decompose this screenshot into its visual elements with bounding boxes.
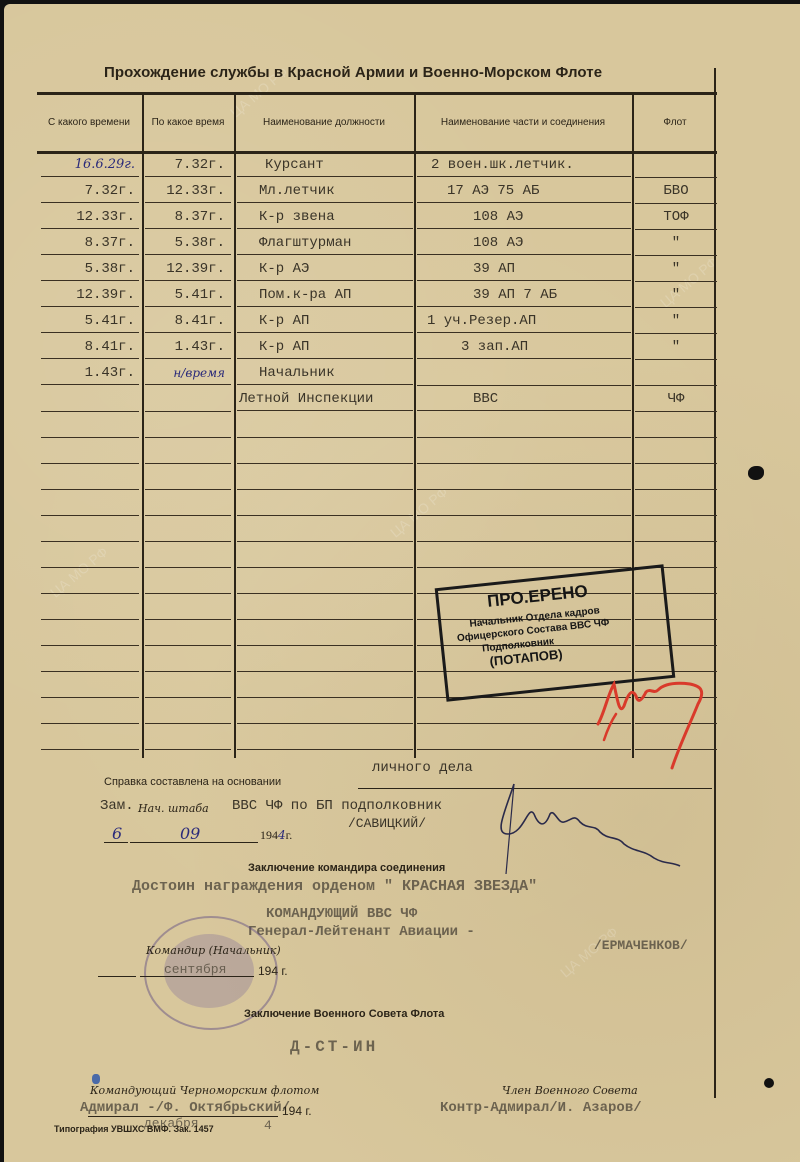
table-header: С какого времени По какое время Наименов… — [37, 92, 717, 154]
council-date-extra: 4 — [264, 1118, 272, 1133]
table-row-empty — [37, 438, 717, 464]
council-date-year: 194 г. — [282, 1104, 312, 1118]
cell-fleet — [635, 360, 717, 386]
red-pencil-signature-icon — [594, 644, 714, 774]
cell-from: 16.6.29г. — [41, 152, 139, 177]
table-row-empty — [37, 490, 717, 516]
table-row: 5.41г. 8.41г. К-р АП 1 уч.Резер.АП " — [37, 308, 717, 334]
cell-to: 8.41г. — [145, 308, 231, 333]
ink-blot-icon — [92, 1074, 100, 1084]
cell-from: 8.41г. — [41, 334, 139, 359]
cell-to: н/время — [145, 360, 231, 385]
table-row: 12.39г. 5.41г. Пом.к-ра АП 39 АП 7 АБ " — [37, 282, 717, 308]
council-left-label: Командующий Черноморским флотом — [90, 1084, 319, 1097]
cell-position: Пом.к-ра АП — [237, 282, 413, 307]
header-to-date: По какое время — [143, 95, 233, 151]
table-row: 8.41г. 1.43г. К-р АП 3 зап.АП " — [37, 334, 717, 360]
cell-position: Начальник — [237, 360, 413, 385]
commander-date-month: сентября — [164, 962, 226, 977]
cell-unit: 39 АП — [417, 256, 631, 281]
cell-unit: 17 АЭ 75 АБ — [417, 178, 631, 203]
cell-from: 5.41г. — [41, 308, 139, 333]
cell-position: К-р АП — [237, 308, 413, 333]
date-day-dot — [98, 832, 106, 836]
cell-from: 7.32г. — [41, 178, 139, 203]
cell-to: 7.32г. — [145, 152, 231, 177]
cell-position: Летной Инспекции — [237, 386, 413, 411]
basis-value: личного дела — [372, 760, 473, 776]
cell-position: К-р АЭ — [237, 256, 413, 281]
punch-hole-icon — [748, 466, 764, 480]
commander-name: /ЕРМАЧЕНКОВ/ — [594, 938, 688, 953]
header-unit: Наименование части и соединения — [415, 95, 631, 151]
header-fleet: Флот — [633, 95, 717, 151]
commander-section-heading: Заключение командира соединения — [248, 862, 445, 874]
cell-position: Флагштурман — [237, 230, 413, 255]
signer-typed-title: ВВС ЧФ по БП подполковник — [232, 798, 442, 814]
cell-fleet: " — [635, 282, 717, 308]
table-row: Летной Инспекции ВВС ЧФ — [37, 386, 717, 412]
table-row: 1.43г. н/время Начальник — [37, 360, 717, 386]
handwritten-to-present: н/время — [173, 366, 225, 380]
cell-fleet: ТОФ — [635, 204, 717, 230]
table-row: 7.32г. 12.33г. Мл.летчик 17 АЭ 75 АБ БВО — [37, 178, 717, 204]
cell-to: 12.33г. — [145, 178, 231, 203]
archive-document-page: ЦА МО РФ ЦА МО РФ ЦА МО РФ ЦА МО РФ ЦА М… — [4, 4, 800, 1162]
signer-name: /САВИЦКИЙ/ — [348, 816, 426, 831]
table-row-empty — [37, 464, 717, 490]
date-year: 1944г. — [260, 828, 292, 843]
date-month: 09 — [180, 824, 200, 843]
cell-position: К-р звена — [237, 204, 413, 229]
cell-from: 1.43г. — [41, 360, 139, 385]
table-row: 12.33г. 8.37г. К-р звена 108 АЭ ТОФ — [37, 204, 717, 230]
date-day: 6 — [112, 824, 122, 843]
cell-fleet: " — [635, 256, 717, 282]
commander-date-year: 194 г. — [258, 964, 288, 978]
cell-from — [41, 386, 139, 412]
table-row-empty — [37, 542, 717, 568]
cell-unit: 39 АП 7 АБ — [417, 282, 631, 307]
cell-to: 1.43г. — [145, 334, 231, 359]
council-right-label: Член Военного Совета — [502, 1084, 638, 1097]
signer-role: Нач. штаба — [138, 802, 209, 815]
punch-hole-icon — [764, 1078, 774, 1088]
cell-fleet — [635, 152, 717, 178]
cell-fleet: ЧФ — [635, 386, 717, 412]
cell-fleet: БВО — [635, 178, 717, 204]
commander-conclusion: Достоин награждения орденом " КРАСНАЯ ЗВ… — [132, 878, 537, 895]
council-right-signer: Контр-Адмирал/И. Азаров/ — [440, 1100, 642, 1116]
cell-from: 8.37г. — [41, 230, 139, 255]
cell-from: 12.33г. — [41, 204, 139, 229]
commander-date-day-underline — [98, 976, 136, 977]
basis-label: Справка составлена на основании — [104, 776, 281, 788]
cell-to — [145, 386, 231, 412]
cell-from: 12.39г. — [41, 282, 139, 307]
table-row-empty — [37, 412, 717, 438]
table-row: 8.37г. 5.38г. Флагштурман 108 АЭ " — [37, 230, 717, 256]
document-title: Прохождение службы в Красной Армии и Вое… — [104, 64, 602, 81]
cell-position: К-р АП — [237, 334, 413, 359]
cell-from: 5.38г. — [41, 256, 139, 281]
cell-unit: 3 зап.АП — [417, 334, 631, 359]
table-row-empty — [37, 516, 717, 542]
cell-to: 8.37г. — [145, 204, 231, 229]
cell-fleet: " — [635, 308, 717, 334]
cell-unit: ВВС — [417, 386, 631, 411]
council-section-heading: Заключение Военного Совета Флота — [244, 1008, 444, 1020]
cell-unit: 1 уч.Резер.АП — [417, 308, 631, 333]
header-position: Наименование должности — [235, 95, 413, 151]
cell-position: Мл.летчик — [237, 178, 413, 203]
cell-to: 5.38г. — [145, 230, 231, 255]
table-row: 16.6.29г. 7.32г. Курсант 2 воен.шк.летчи… — [37, 152, 717, 178]
signer-prefix: Зам. — [100, 798, 134, 814]
cell-fleet: " — [635, 230, 717, 256]
cell-to: 12.39г. — [145, 256, 231, 281]
council-conclusion: Д-СТ-ИН — [290, 1038, 378, 1056]
handwritten-signature-icon — [484, 774, 684, 874]
cell-to: 5.41г. — [145, 282, 231, 307]
stamp-details: Начальник Отдела кадров Офицерского Сост… — [455, 603, 613, 671]
cell-position: Курсант — [237, 152, 413, 177]
council-left-signer: Адмирал -/Ф. Октябрьский/ — [80, 1100, 290, 1116]
commander-title-line2: Генерал-Лейтенант Авиации - — [248, 924, 475, 940]
cell-unit: 2 воен.шк.летчик. — [417, 152, 631, 177]
cell-unit — [417, 360, 631, 386]
cell-unit: 108 АЭ — [417, 230, 631, 255]
printer-footer: Типография УВШХС ВМФ. Зак. 1457 — [54, 1124, 214, 1134]
commander-role-label: Командир (Начальник) — [146, 944, 281, 957]
commander-title-line1: КОМАНДУЮЩИЙ ВВС ЧФ — [266, 906, 417, 922]
cell-unit: 108 АЭ — [417, 204, 631, 229]
header-from-date: С какого времени — [37, 95, 141, 151]
cell-fleet: " — [635, 334, 717, 360]
table-row: 5.38г. 12.39г. К-р АЭ 39 АП " — [37, 256, 717, 282]
